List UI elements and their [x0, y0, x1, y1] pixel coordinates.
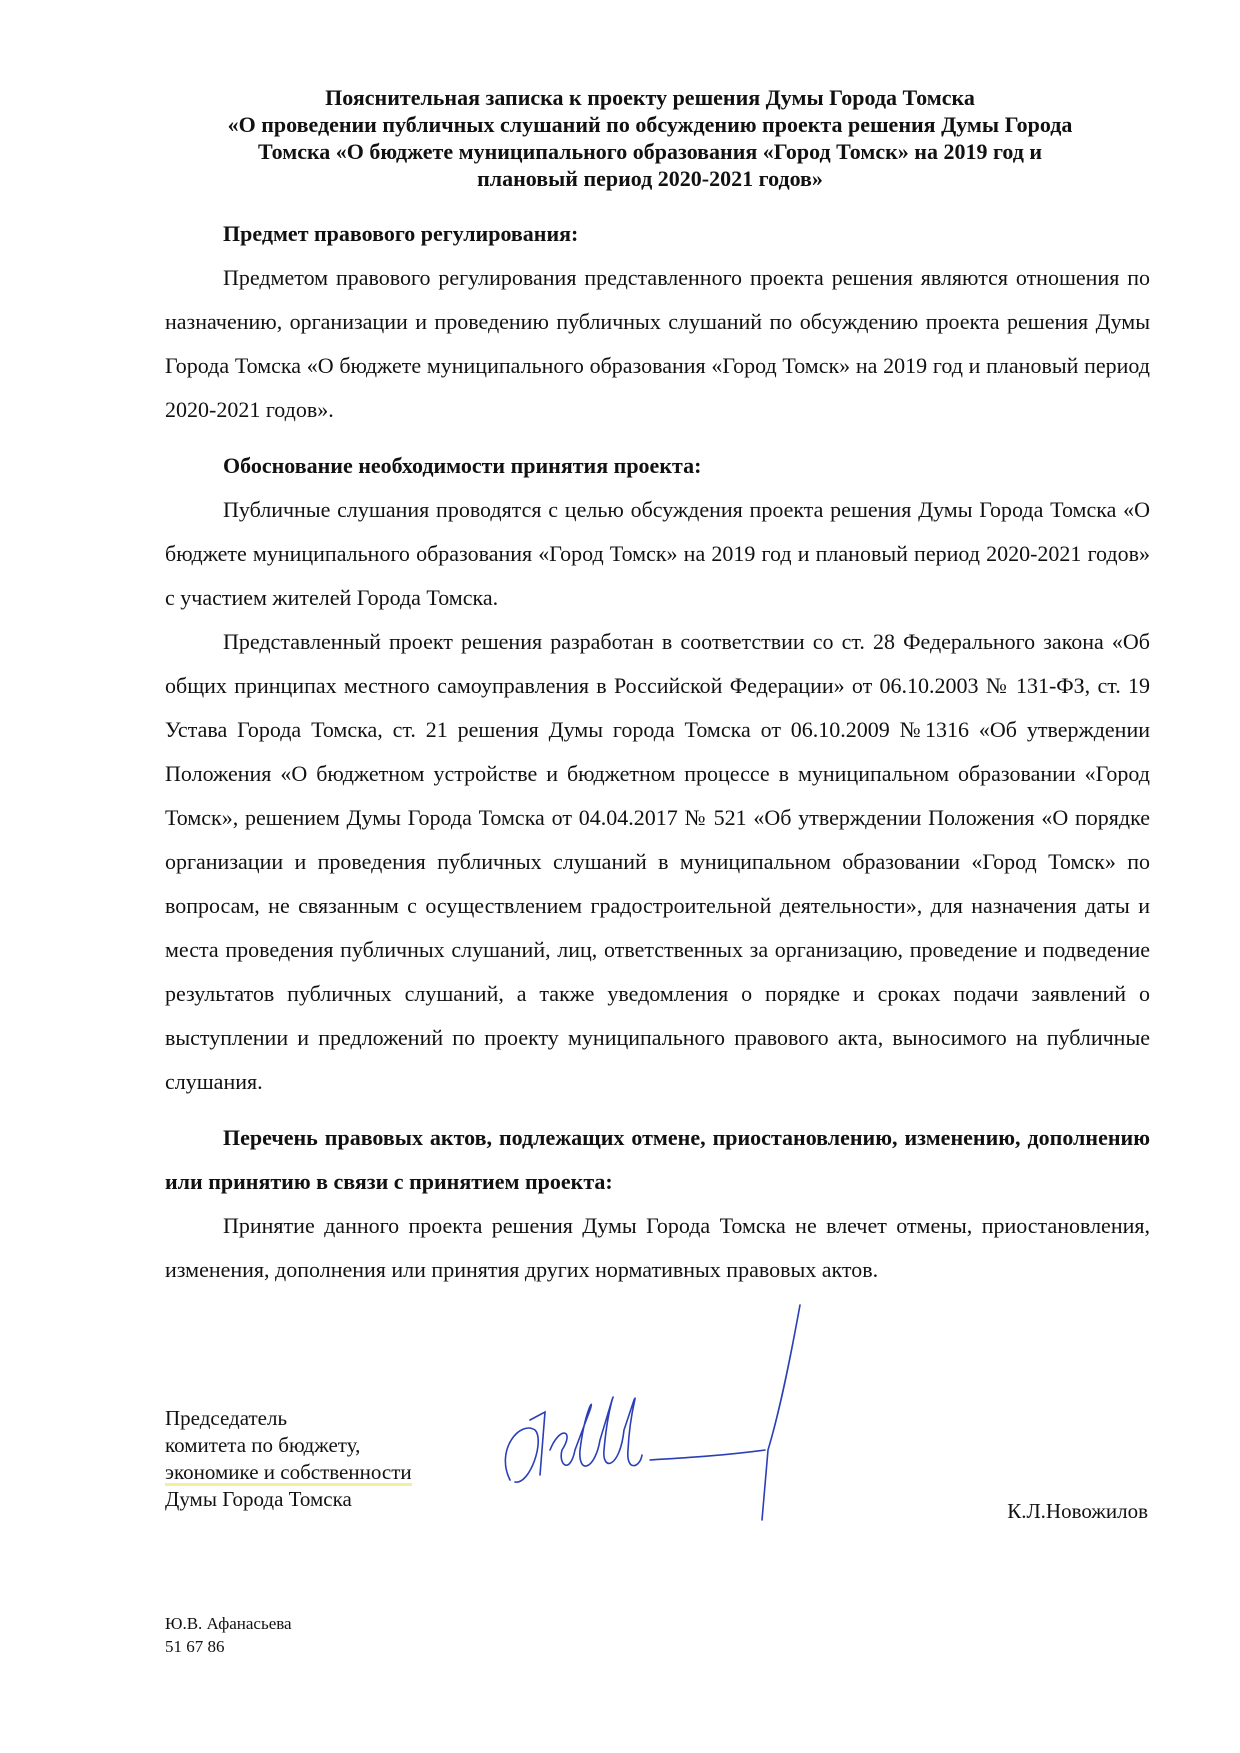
handwritten-signature-icon	[500, 1300, 840, 1530]
section-heading-subject: Предмет правового регулирования:	[165, 212, 1150, 256]
signature-position: Председатель комитета по бюджету, эконом…	[165, 1405, 412, 1513]
section-paragraph: Публичные слушания проводятся с целью об…	[165, 488, 1150, 620]
executor-name: Ю.В. Афанасьева	[165, 1612, 292, 1635]
section-paragraph: Предметом правового регулирования предст…	[165, 256, 1150, 432]
executor-info: Ю.В. Афанасьева 51 67 86	[165, 1612, 292, 1658]
title-line: «О проведении публичных слушаний по обсу…	[150, 111, 1150, 138]
signer-name: К.Л.Новожилов	[1007, 1498, 1148, 1525]
document-body: Предмет правового регулирования: Предмет…	[165, 212, 1150, 1292]
document-page: Пояснительная записка к проекту решения …	[0, 0, 1240, 1753]
document-title: Пояснительная записка к проекту решения …	[150, 84, 1150, 192]
section-heading-justification: Обоснование необходимости принятия проек…	[165, 444, 1150, 488]
position-line: Думы Города Томска	[165, 1486, 412, 1513]
title-line: плановый период 2020-2021 годов»	[150, 165, 1150, 192]
position-line: экономике и собственности	[165, 1459, 412, 1486]
section-heading-affected-acts: Перечень правовых актов, подлежащих отме…	[165, 1116, 1150, 1204]
section-paragraph: Представленный проект решения разработан…	[165, 620, 1150, 1104]
position-line: комитета по бюджету,	[165, 1432, 412, 1459]
title-line: Пояснительная записка к проекту решения …	[150, 84, 1150, 111]
section-paragraph: Принятие данного проекта решения Думы Го…	[165, 1204, 1150, 1292]
position-line: Председатель	[165, 1405, 412, 1432]
executor-phone: 51 67 86	[165, 1635, 292, 1658]
title-line: Томска «О бюджете муниципального образов…	[150, 138, 1150, 165]
